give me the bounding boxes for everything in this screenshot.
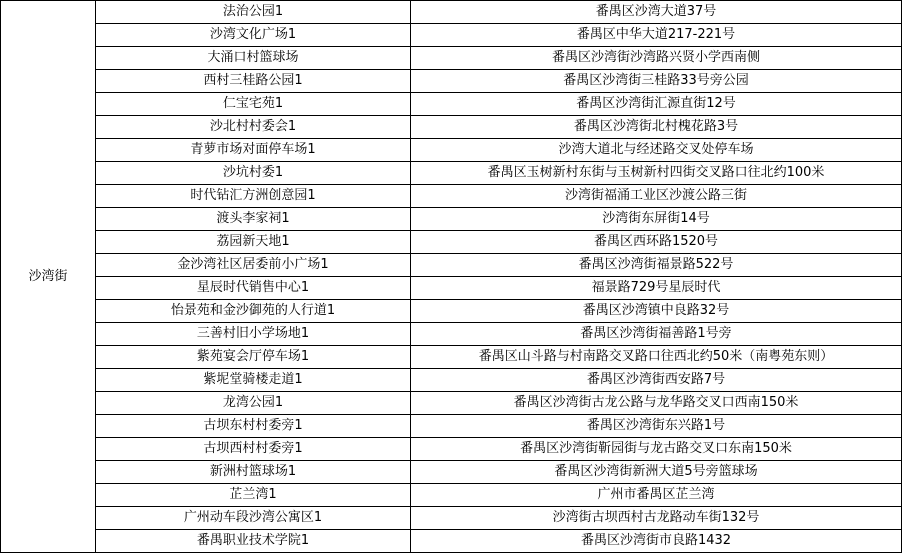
street-cell[interactable]: 沙湾街: [1, 1, 96, 553]
address-cell[interactable]: 番禺区沙湾街北村槐花路3号: [411, 116, 902, 139]
table-row: 沙湾文化广场1番禺区中华大道217-221号: [1, 24, 902, 47]
table-row: 沙湾街法治公园1番禺区沙湾大道37号: [1, 1, 902, 24]
table-row: 古坝西村村委旁1番禺区沙湾街靳园街与龙古路交叉口东南150米: [1, 438, 902, 461]
table-row: 新洲村篮球场1番禺区沙湾街新洲大道5号旁篮球场: [1, 461, 902, 484]
address-cell[interactable]: 番禺区沙湾街福善路1号旁: [411, 323, 902, 346]
table-row: 番禺职业技术学院1番禺区沙湾街市良路1432: [1, 530, 902, 553]
location-name-cell[interactable]: 沙北村村委会1: [96, 116, 411, 139]
address-cell[interactable]: 沙湾街东屏街14号: [411, 208, 902, 231]
address-cell[interactable]: 番禺区玉树新村东街与玉树新村四街交叉路口往北约100米: [411, 162, 902, 185]
location-name-cell[interactable]: 番禺职业技术学院1: [96, 530, 411, 553]
table-row: 大涌口村篮球场番禺区沙湾街沙湾路兴贤小学西南侧: [1, 47, 902, 70]
location-name-cell[interactable]: 怡景苑和金沙御苑的人行道1: [96, 300, 411, 323]
table-body: 沙湾街法治公园1番禺区沙湾大道37号沙湾文化广场1番禺区中华大道217-221号…: [1, 1, 902, 553]
table-row: 芷兰湾1广州市番禺区芷兰湾: [1, 484, 902, 507]
location-name-cell[interactable]: 青萝市场对面停车场1: [96, 139, 411, 162]
location-name-cell[interactable]: 大涌口村篮球场: [96, 47, 411, 70]
location-name-cell[interactable]: 西村三桂路公园1: [96, 70, 411, 93]
location-name-cell[interactable]: 渡头李家祠1: [96, 208, 411, 231]
address-cell[interactable]: 番禺区西环路1520号: [411, 231, 902, 254]
location-name-cell[interactable]: 时代钻汇方洲创意园1: [96, 185, 411, 208]
table-row: 星辰时代销售中心1福景路729号星辰时代: [1, 277, 902, 300]
location-name-cell[interactable]: 荔园新天地1: [96, 231, 411, 254]
address-cell[interactable]: 番禺区沙湾镇中良路32号: [411, 300, 902, 323]
location-name-cell[interactable]: 紫坭堂骑楼走道1: [96, 369, 411, 392]
location-name-cell[interactable]: 新洲村篮球场1: [96, 461, 411, 484]
location-table: 沙湾街法治公园1番禺区沙湾大道37号沙湾文化广场1番禺区中华大道217-221号…: [0, 0, 902, 553]
address-cell[interactable]: 沙湾街古坝西村古龙路动车街132号: [411, 507, 902, 530]
address-cell[interactable]: 番禺区沙湾街东兴路1号: [411, 415, 902, 438]
address-cell[interactable]: 番禺区沙湾街新洲大道5号旁篮球场: [411, 461, 902, 484]
table-row: 金沙湾社区居委前小广场1番禺区沙湾街福景路522号: [1, 254, 902, 277]
address-cell[interactable]: 番禺区沙湾大道37号: [411, 1, 902, 24]
location-name-cell[interactable]: 芷兰湾1: [96, 484, 411, 507]
table-row: 沙坑村委1番禺区玉树新村东街与玉树新村四街交叉路口往北约100米: [1, 162, 902, 185]
spreadsheet: 沙湾街法治公园1番禺区沙湾大道37号沙湾文化广场1番禺区中华大道217-221号…: [0, 0, 902, 554]
table-row: 三善村旧小学场地1番禺区沙湾街福善路1号旁: [1, 323, 902, 346]
location-name-cell[interactable]: 龙湾公园1: [96, 392, 411, 415]
table-row: 渡头李家祠1沙湾街东屏街14号: [1, 208, 902, 231]
table-row: 西村三桂路公园1番禺区沙湾街三桂路33号旁公园: [1, 70, 902, 93]
location-name-cell[interactable]: 古坝西村村委旁1: [96, 438, 411, 461]
table-row: 仁宝宅苑1番禺区沙湾街汇源直街12号: [1, 93, 902, 116]
address-cell[interactable]: 沙湾大道北与经述路交叉处停车场: [411, 139, 902, 162]
location-name-cell[interactable]: 金沙湾社区居委前小广场1: [96, 254, 411, 277]
table-row: 龙湾公园1番禺区沙湾街古龙公路与龙华路交叉口西南150米: [1, 392, 902, 415]
table-row: 紫苑宴会厅停车场1番禺区山斗路与村南路交叉路口往西北约50米（南粤苑东则）: [1, 346, 902, 369]
location-name-cell[interactable]: 沙湾文化广场1: [96, 24, 411, 47]
address-cell[interactable]: 沙湾街福涌工业区沙渡公路三街: [411, 185, 902, 208]
address-cell[interactable]: 番禺区沙湾街市良路1432: [411, 530, 902, 553]
table-row: 怡景苑和金沙御苑的人行道1番禺区沙湾镇中良路32号: [1, 300, 902, 323]
table-row: 荔园新天地1番禺区西环路1520号: [1, 231, 902, 254]
table-row: 紫坭堂骑楼走道1番禺区沙湾街西安路7号: [1, 369, 902, 392]
table-row: 古坝东村村委旁1番禺区沙湾街东兴路1号: [1, 415, 902, 438]
address-cell[interactable]: 广州市番禺区芷兰湾: [411, 484, 902, 507]
location-name-cell[interactable]: 沙坑村委1: [96, 162, 411, 185]
address-cell[interactable]: 福景路729号星辰时代: [411, 277, 902, 300]
address-cell[interactable]: 番禺区沙湾街靳园街与龙古路交叉口东南150米: [411, 438, 902, 461]
location-name-cell[interactable]: 法治公园1: [96, 1, 411, 24]
location-name-cell[interactable]: 古坝东村村委旁1: [96, 415, 411, 438]
table-row: 广州动车段沙湾公寓区1沙湾街古坝西村古龙路动车街132号: [1, 507, 902, 530]
location-name-cell[interactable]: 三善村旧小学场地1: [96, 323, 411, 346]
location-name-cell[interactable]: 星辰时代销售中心1: [96, 277, 411, 300]
address-cell[interactable]: 番禺区山斗路与村南路交叉路口往西北约50米（南粤苑东则）: [411, 346, 902, 369]
table-row: 青萝市场对面停车场1沙湾大道北与经述路交叉处停车场: [1, 139, 902, 162]
table-row: 时代钻汇方洲创意园1沙湾街福涌工业区沙渡公路三街: [1, 185, 902, 208]
location-name-cell[interactable]: 广州动车段沙湾公寓区1: [96, 507, 411, 530]
address-cell[interactable]: 番禺区沙湾街三桂路33号旁公园: [411, 70, 902, 93]
location-name-cell[interactable]: 紫苑宴会厅停车场1: [96, 346, 411, 369]
location-name-cell[interactable]: 仁宝宅苑1: [96, 93, 411, 116]
address-cell[interactable]: 番禺区沙湾街福景路522号: [411, 254, 902, 277]
address-cell[interactable]: 番禺区沙湾街西安路7号: [411, 369, 902, 392]
address-cell[interactable]: 番禺区沙湾街沙湾路兴贤小学西南侧: [411, 47, 902, 70]
table-row: 沙北村村委会1番禺区沙湾街北村槐花路3号: [1, 116, 902, 139]
address-cell[interactable]: 番禺区中华大道217-221号: [411, 24, 902, 47]
address-cell[interactable]: 番禺区沙湾街汇源直街12号: [411, 93, 902, 116]
address-cell[interactable]: 番禺区沙湾街古龙公路与龙华路交叉口西南150米: [411, 392, 902, 415]
